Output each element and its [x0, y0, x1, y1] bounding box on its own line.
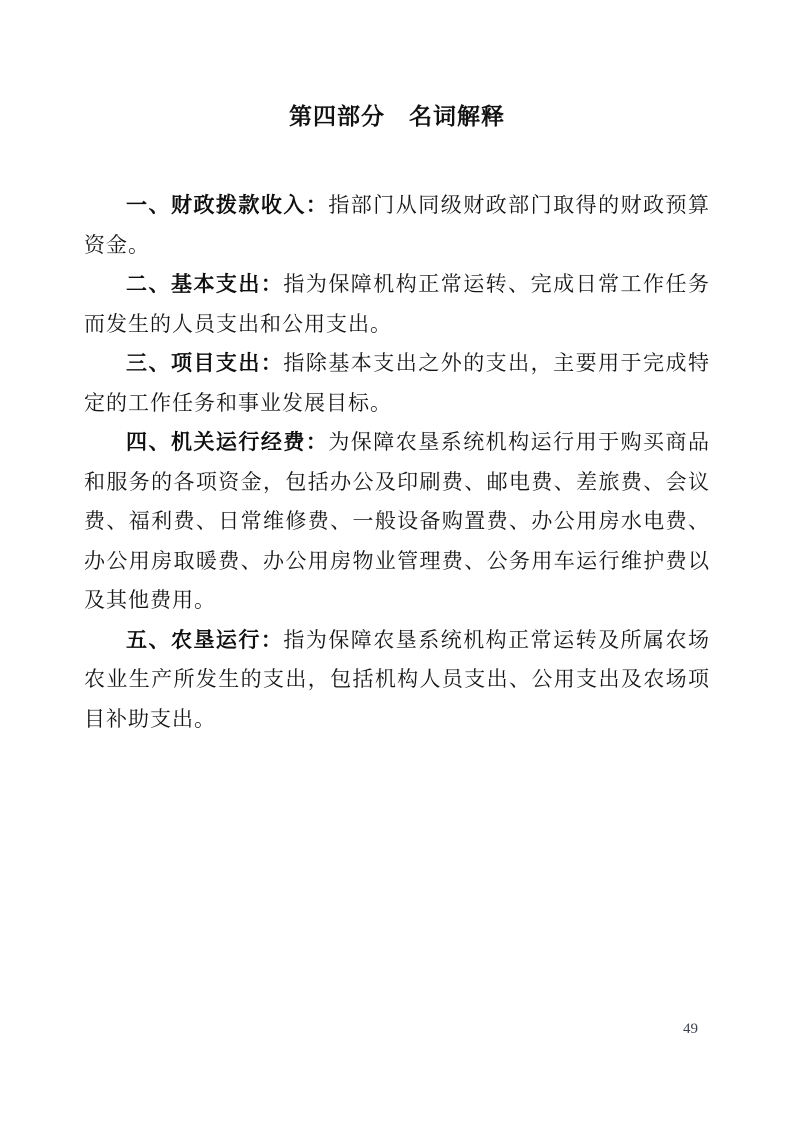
term-paragraph: 一、财政拨款收入：指部门从同级财政部门取得的财政预算资金。 — [84, 186, 710, 265]
document-content: 第四部分 名词解释 一、财政拨款收入：指部门从同级财政部门取得的财政预算资金。 … — [84, 100, 710, 739]
term-label: 五、农垦运行： — [126, 628, 283, 652]
document-page: 第四部分 名词解释 一、财政拨款收入：指部门从同级财政部门取得的财政预算资金。 … — [0, 0, 794, 1122]
term-label: 三、项目支出： — [126, 351, 283, 375]
term-paragraph: 二、基本支出：指为保障机构正常运转、完成日常工作任务而发生的人员支出和公用支出。 — [84, 265, 710, 344]
term-label: 一、财政拨款收入： — [126, 193, 328, 217]
term-label: 四、机关运行经费： — [126, 430, 328, 454]
term-paragraph: 四、机关运行经费：为保障农垦系统机构运行用于购买商品和服务的各项资金，包括办公及… — [84, 423, 710, 621]
term-paragraph: 三、项目支出：指除基本支出之外的支出，主要用于完成特定的工作任务和事业发展目标。 — [84, 344, 710, 423]
term-label: 二、基本支出： — [126, 272, 283, 296]
page-number: 49 — [683, 1020, 698, 1038]
term-definition: 为保障农垦系统机构运行用于购买商品和服务的各项资金，包括办公及印刷费、邮电费、差… — [84, 430, 710, 612]
term-paragraph: 五、农垦运行：指为保障农垦系统机构正常运转及所属农场农业生产所发生的支出，包括机… — [84, 621, 710, 740]
page-title: 第四部分 名词解释 — [84, 100, 710, 132]
